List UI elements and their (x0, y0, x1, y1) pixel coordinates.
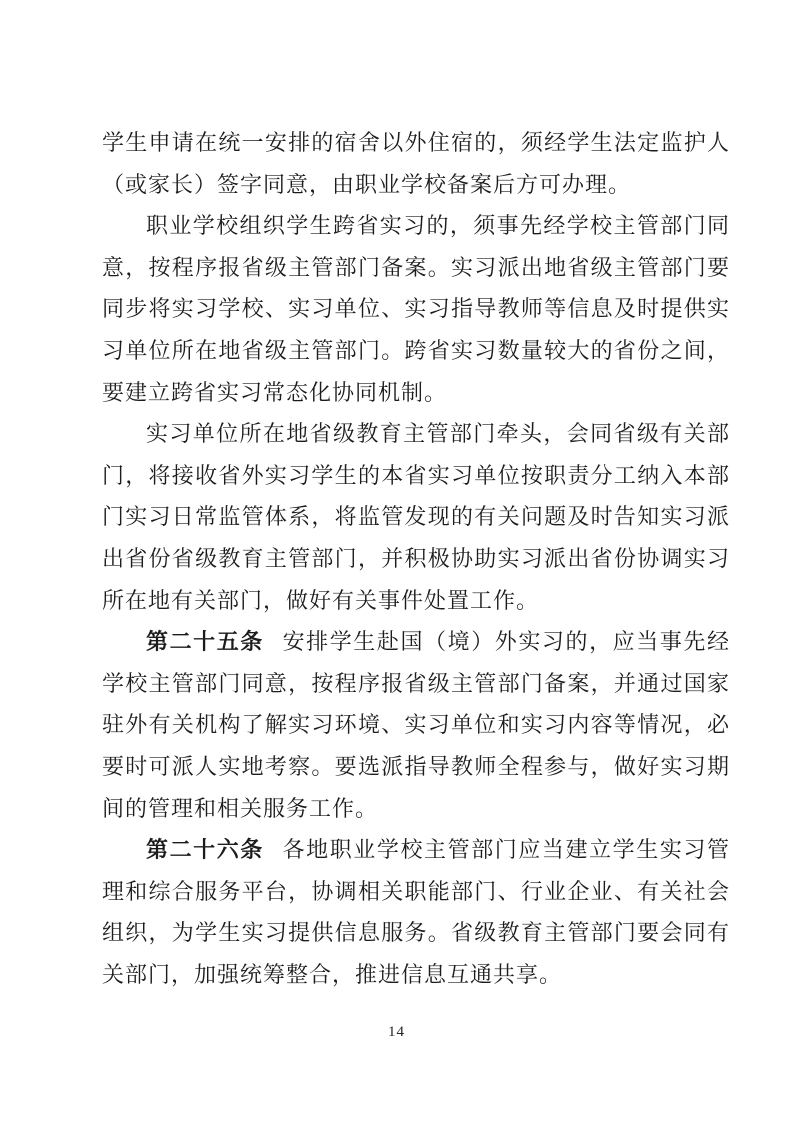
paragraph: 职业学校组织学生跨省实习的，须事先经学校主管部门同意，按程序报省级主管部门备案。… (102, 205, 730, 413)
page-number: 14 (0, 1024, 793, 1041)
paragraph-text: 职业学校组织学生跨省实习的，须事先经学校主管部门同意，按程序报省级主管部门备案。… (102, 213, 730, 404)
paragraph-text: 实习单位所在地省级教育主管部门牵头，会同省级有关部门，将接收省外实习学生的本省实… (102, 421, 730, 612)
paragraph-article-25: 第二十五条安排学生赴国（境）外实习的，应当事先经学校主管部门同意，按程序报省级主… (102, 621, 730, 829)
paragraph-article-26: 第二十六条各地职业学校主管部门应当建立学生实习管理和综合服务平台，协调相关职能部… (102, 829, 730, 995)
paragraph: 实习单位所在地省级教育主管部门牵头，会同省级有关部门，将接收省外实习学生的本省实… (102, 413, 730, 621)
paragraph-text: 学生申请在统一安排的宿舍以外住宿的，须经学生法定监护人（或家长）签字同意，由职业… (102, 130, 730, 197)
document-body: 学生申请在统一安排的宿舍以外住宿的，须经学生法定监护人（或家长）签字同意，由职业… (102, 122, 730, 995)
article-26-number: 第二十六条 (146, 837, 264, 862)
article-25-number: 第二十五条 (146, 629, 264, 654)
paragraph-text: 安排学生赴国（境）外实习的，应当事先经学校主管部门同意，按程序报省级主管部门备案… (102, 629, 730, 820)
document-page: 学生申请在统一安排的宿舍以外住宿的，须经学生法定监护人（或家长）签字同意，由职业… (0, 0, 793, 1122)
paragraph: 学生申请在统一安排的宿舍以外住宿的，须经学生法定监护人（或家长）签字同意，由职业… (102, 122, 730, 205)
